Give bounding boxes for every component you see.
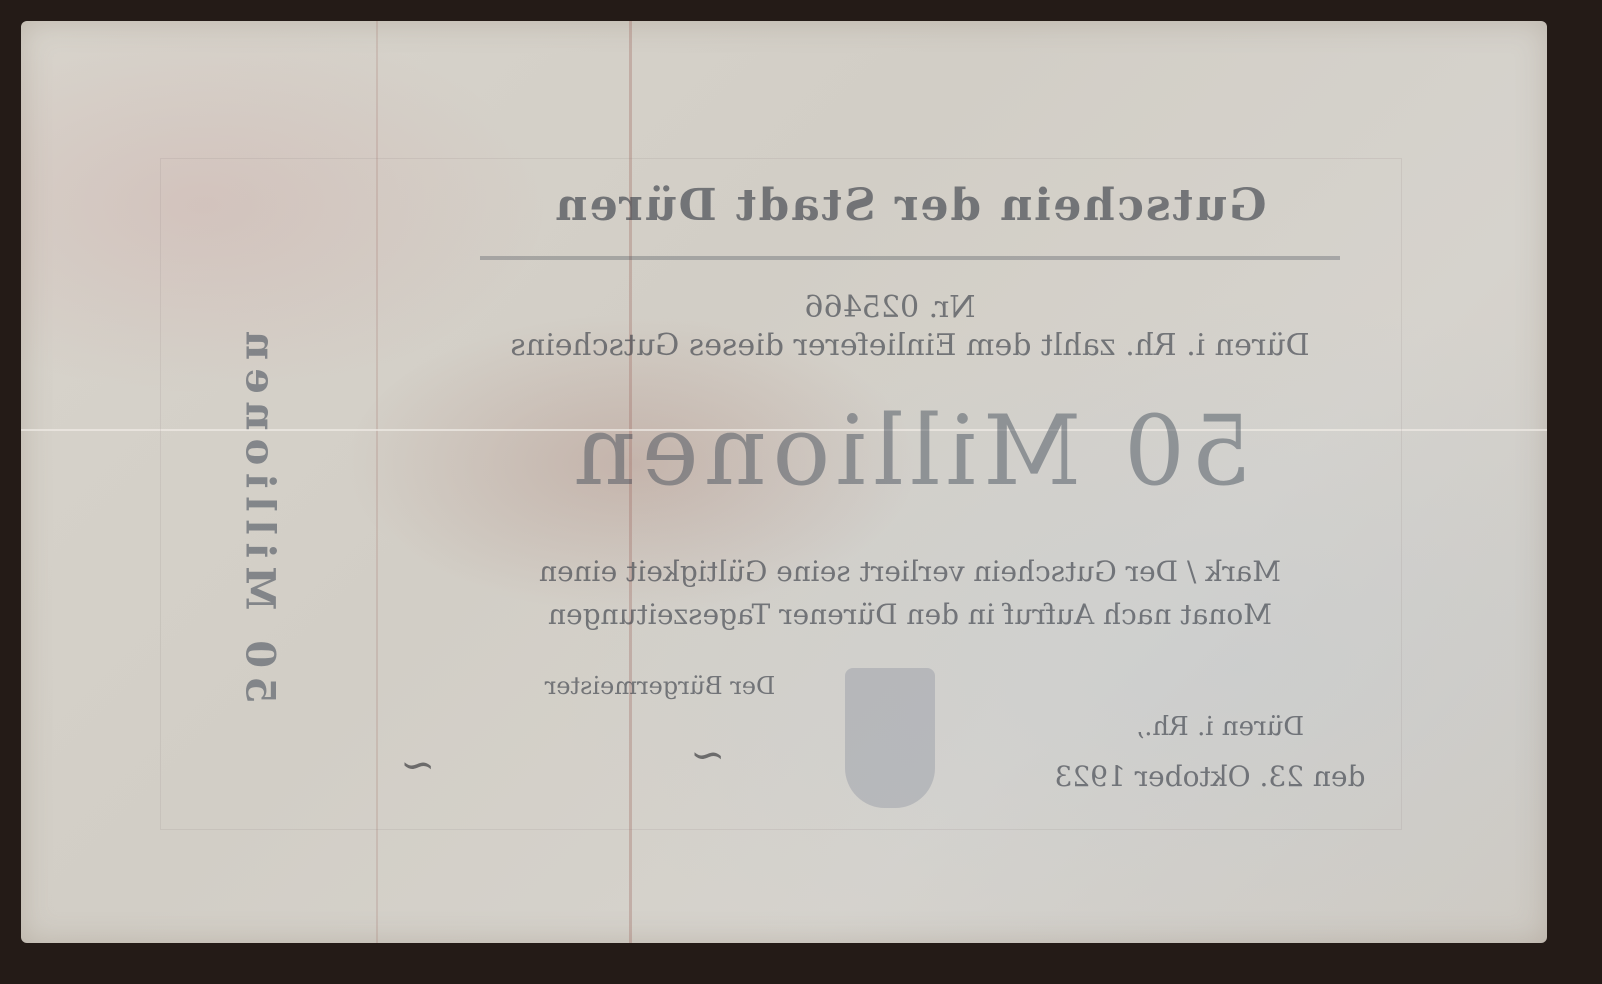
side-denomination: 50 Millionen (237, 204, 284, 824)
serial-number: Nr. 025466 (760, 290, 1020, 325)
validity-line-2: Monat nach Aufruf in den Dürener Tagesze… (380, 598, 1440, 631)
title-rule (480, 256, 1340, 260)
coat-of-arms-seal-icon (845, 668, 935, 808)
validity-line-1: Mark / Der Gutschein verliert seine Gült… (380, 555, 1440, 588)
issuer-line: Düren i. Rh. zahlt dem Einlieferer diese… (380, 328, 1440, 363)
side-panel: 50 Millionen (190, 190, 320, 830)
signature-title: Der Bürgermeister (440, 672, 880, 700)
signature: ~ (400, 740, 435, 789)
signature: ~ (690, 730, 725, 779)
denomination: 50 Millionen (380, 395, 1440, 507)
issue-place: Düren i. Rh., (1080, 712, 1360, 742)
issue-date: den 23. Oktober 1923 (990, 760, 1430, 793)
note-title: Gutschein der Stadt Düren (480, 180, 1340, 231)
